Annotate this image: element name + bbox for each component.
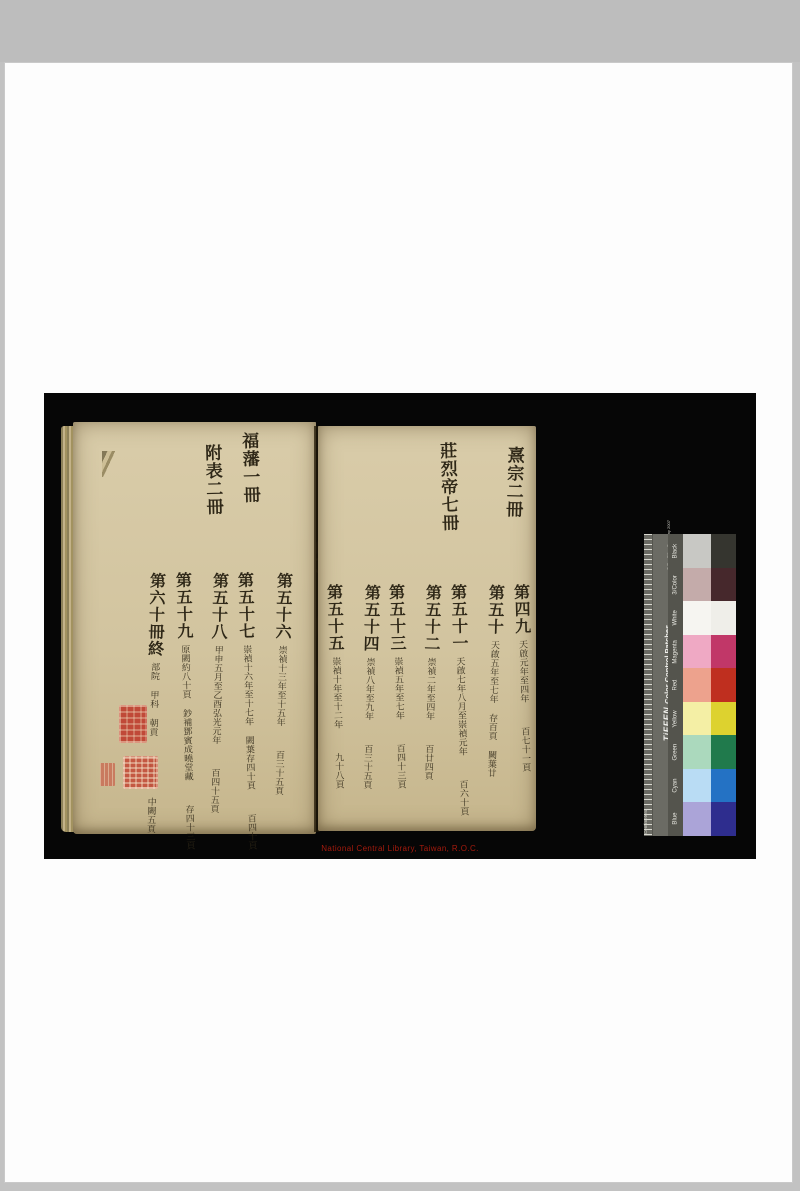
patch-black-solid <box>711 534 736 568</box>
scanner-gray-band-top <box>0 0 800 62</box>
patch-yellow-light <box>683 702 711 736</box>
patch-magenta-light <box>683 635 711 669</box>
patch-cyan-solid <box>711 769 736 803</box>
entry-note: 天啟五年至七年 存百頁 闕葉廿 <box>486 640 500 777</box>
entry-note: 崇禎五年至七年 <box>392 657 404 720</box>
entry-note: 甲申五月至乙酉弘光元年 <box>210 645 223 744</box>
entry-label: 第五十九 <box>173 572 194 640</box>
patch-label-green: Green <box>668 735 683 769</box>
patch-white-light <box>683 601 711 635</box>
entry-label: 第五十四 <box>361 584 382 652</box>
patch-label-3color: 3/Color <box>668 568 683 602</box>
entry-label: 第五十三 <box>386 584 407 652</box>
right-page-header-zhuangliedi: 莊烈帝七冊 <box>424 442 458 593</box>
patch-label-magenta: Magenta <box>668 635 683 669</box>
entry-note: 部院 甲科 朝貢 <box>147 662 159 736</box>
entry-note: 原闕約八十頁 鈔補鄧賓成曉堂藏 <box>179 645 193 781</box>
book-right-page: 熹宗二冊 莊烈帝七冊 第四九天啟元年至四年百七十一頁 第五十天啟五年至七年 存百… <box>318 426 536 831</box>
patch-label-blue: Blue <box>668 802 683 836</box>
entry-pages: 百廿四頁 <box>422 744 433 780</box>
photograph-black-area: NATIONAL CENTRAL LIBRARY 圖書 福藩一冊 附表二冊 第五… <box>44 393 756 859</box>
left-page-header-fan: 福藩一冊 <box>226 432 260 583</box>
patch-label-black: Black <box>668 534 683 568</box>
entry-pages: 百六十頁 <box>458 780 469 816</box>
entry-note: 崇禎八年至九年 <box>363 657 375 720</box>
torn-corner <box>102 451 166 477</box>
patch-label-white: White <box>668 601 683 635</box>
tiffen-color-control-strip: TiFFEN Color Control Patches © The Tiffe… <box>644 534 736 836</box>
entry-pages: 九十八頁 <box>333 753 344 789</box>
ruler-tick-marks <box>644 534 653 836</box>
entry-pages: 百四十五頁 <box>208 768 219 813</box>
ruler-units-label: Centimeters <box>643 810 648 834</box>
entry-label: 第四九 <box>511 584 531 635</box>
entry-label: 第六十冊終 <box>145 572 166 657</box>
entry-label: 第五十八 <box>209 572 230 640</box>
entry-note: 崇禎十年至十二年 <box>330 657 342 729</box>
patch-green-solid <box>711 735 736 769</box>
patch-cyan-light <box>683 769 711 803</box>
entry-label: 第五十七 <box>235 572 256 640</box>
right-page-header-xizong: 熹宗二冊 <box>488 446 522 597</box>
patch-3color-light <box>683 568 711 602</box>
library-caption: National Central Library, Taiwan, R.O.C. <box>44 844 756 853</box>
patch-3color-solid <box>711 568 736 602</box>
entry-note: 崇禎二年至四年 <box>424 657 436 720</box>
toc-entry-55: 第五十五崇禎十年至十二年九十八頁 <box>307 584 348 857</box>
entry-note: 崇禎十三年至十五年 <box>275 645 287 726</box>
patch-label-cyan: Cyan <box>668 769 683 803</box>
entry-label: 第五十六 <box>273 572 294 640</box>
entry-note: 天啟七年八月至崇禎元年 <box>454 657 467 756</box>
patch-red-light <box>683 668 711 702</box>
entry-pages: 百三十五頁 <box>361 744 372 789</box>
red-collection-seal-large <box>119 705 147 743</box>
patch-green-light <box>683 735 711 769</box>
patch-blue-solid <box>711 802 736 836</box>
entry-label: 第五十一 <box>448 584 469 652</box>
strip-ruler-bar: TiFFEN Color Control Patches © The Tiffe… <box>644 534 683 836</box>
white-sheet-background: NATIONAL CENTRAL LIBRARY 圖書 福藩一冊 附表二冊 第五… <box>4 62 793 1183</box>
patch-label-yellow: Yellow <box>668 702 683 736</box>
patch-yellow-solid <box>711 702 736 736</box>
red-collection-seal-lower <box>123 756 158 789</box>
color-patch-grid <box>683 534 736 836</box>
entry-label: 第五十五 <box>324 584 345 652</box>
patch-label-red: Red <box>668 668 683 702</box>
patch-blue-light <box>683 802 711 836</box>
patch-red-solid <box>711 668 736 702</box>
patch-white-solid <box>711 601 736 635</box>
red-collection-seal-small <box>100 763 115 786</box>
entry-note: 天啟元年至四年 <box>517 640 529 703</box>
entry-label: 第五十 <box>485 584 505 635</box>
entry-pages: 百四十三頁 <box>395 744 406 789</box>
patch-label-column: Black 3/Color White Magenta Red Yellow G… <box>668 534 683 836</box>
patch-magenta-solid <box>711 635 736 669</box>
entry-pages: 百七十一頁 <box>519 727 530 772</box>
entry-label: 第五十二 <box>422 584 443 652</box>
scanned-page: { "photo_caption": "National Central Lib… <box>0 0 800 1191</box>
patch-black-light <box>683 534 711 568</box>
entry-pages: 百三十五頁 <box>273 750 284 795</box>
entry-note: 崇禎十六年至十七年 闕葉存四十頁 <box>241 645 255 790</box>
